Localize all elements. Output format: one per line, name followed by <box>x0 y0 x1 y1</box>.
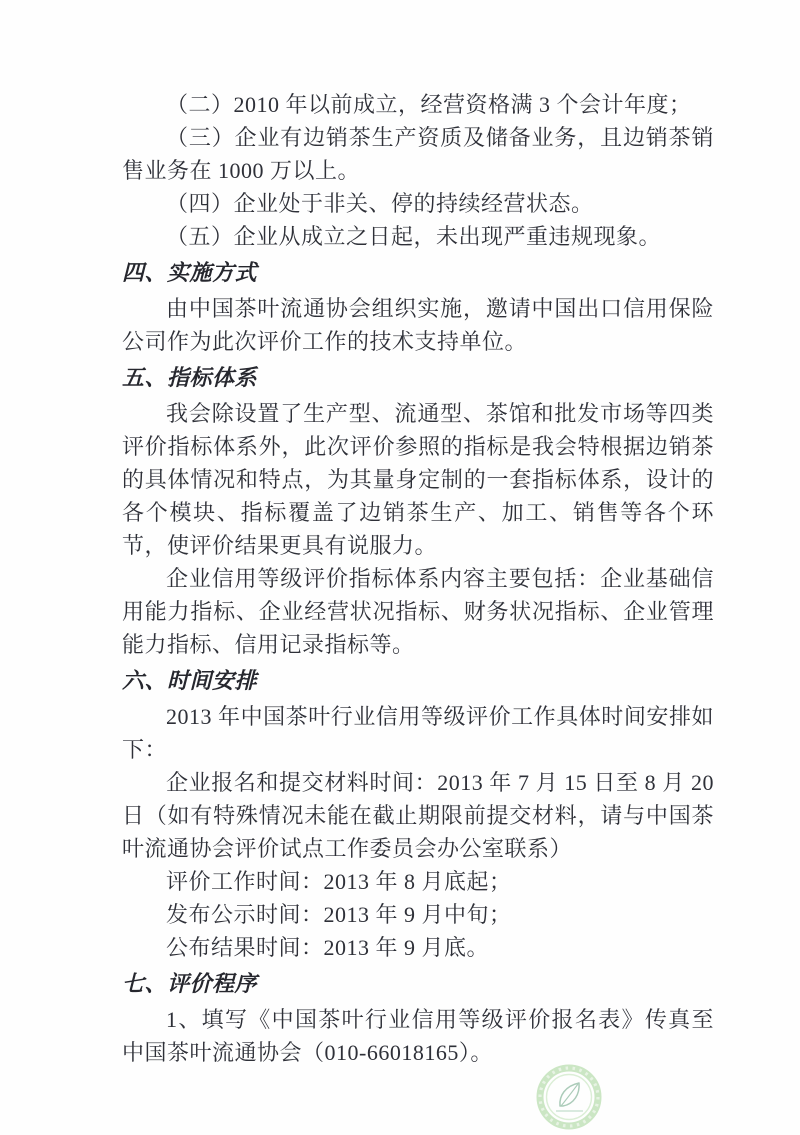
paragraph: 由中国茶叶流通协会组织实施，邀请中国出口信用保险公司作为此次评价工作的技术支持单… <box>122 292 714 358</box>
paragraph: 企业报名和提交材料时间：2013 年 7 月 15 日至 8 月 20 日（如有… <box>122 766 714 865</box>
timeline-item-3: 公布结果时间：2013 年 9 月底。 <box>122 931 714 964</box>
scanned-document-page: （二）2010 年以前成立，经营资格满 3 个会计年度； （三）企业有边销茶生产… <box>0 0 800 1135</box>
paragraph: 1、填写《中国茶叶行业信用等级评价报名表》传真至中国茶叶流通协会（010-660… <box>122 1003 714 1069</box>
timeline-item-2: 发布公示时间：2013 年 9 月中旬； <box>122 898 714 931</box>
paragraph: 我会除设置了生产型、流通型、茶馆和批发市场等四类评价指标体系外，此次评价参照的指… <box>122 397 714 562</box>
timeline-item-1: 评价工作时间：2013 年 8 月底起； <box>122 865 714 898</box>
paragraph: 企业信用等级评价指标体系内容主要包括：企业基础信用能力指标、企业经营状况指标、财… <box>122 562 714 661</box>
list-item-3: （三）企业有边销茶生产资质及储备业务，且边销茶销售业务在 1000 万以上。 <box>122 121 714 187</box>
green-leaf-seal-icon <box>534 1062 604 1132</box>
section-heading-5: 五、指标体系 <box>122 361 714 394</box>
list-item-4: （四）企业处于非关、停的持续经营状态。 <box>122 187 714 220</box>
list-item-5: （五）企业从成立之日起，未出现严重违规现象。 <box>122 220 714 253</box>
section-heading-7: 七、评价程序 <box>122 967 714 1000</box>
section-heading-6: 六、时间安排 <box>122 664 714 697</box>
paragraph: 2013 年中国茶叶行业信用等级评价工作具体时间安排如下： <box>122 700 714 766</box>
list-item-2: （二）2010 年以前成立，经营资格满 3 个会计年度； <box>122 88 714 121</box>
document-body: （二）2010 年以前成立，经营资格满 3 个会计年度； （三）企业有边销茶生产… <box>122 88 714 1069</box>
section-heading-4: 四、实施方式 <box>122 256 714 289</box>
